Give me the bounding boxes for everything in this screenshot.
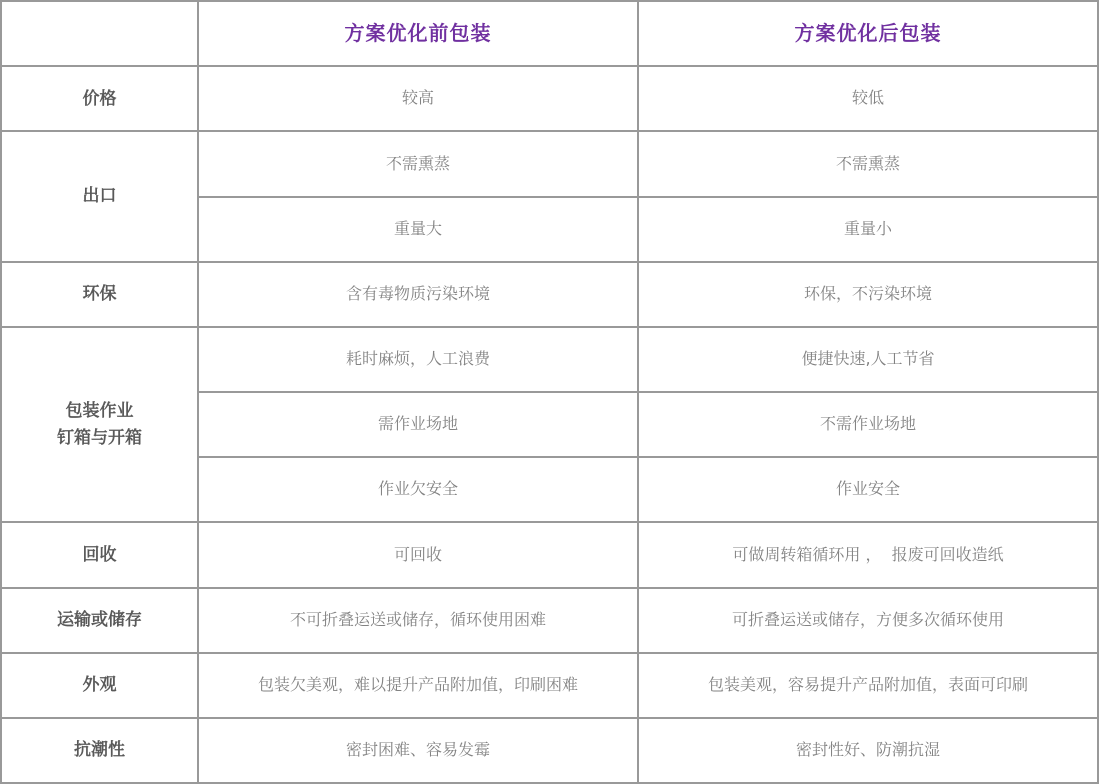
cell-recycling-before: 可回收 [199, 523, 637, 586]
cell-transport-after: 可折叠运送或储存，方便多次循环使用 [639, 589, 1097, 652]
cell-environmental-before: 含有毒物质污染环境 [199, 263, 637, 326]
comparison-table: 方案优化前包装 方案优化后包装 价格 较高 较低 出口 不需熏蒸 不需熏蒸 重量… [0, 0, 1099, 784]
cell-packing-after-safety: 作业安全 [639, 458, 1097, 521]
header-before-optimization: 方案优化前包装 [199, 2, 637, 65]
row-label-export: 出口 [2, 132, 197, 260]
row-label-recycling: 回收 [2, 523, 197, 586]
cell-packing-before-safety: 作业欠安全 [199, 458, 637, 521]
cell-environmental-after: 环保，不污染环境 [639, 263, 1097, 326]
cell-packing-after-time: 便捷快速,人工节省 [639, 328, 1097, 391]
header-after-optimization: 方案优化后包装 [639, 2, 1097, 65]
row-label-transport-storage: 运输或储存 [2, 589, 197, 652]
cell-export-before-fumigation: 不需熏蒸 [199, 132, 637, 195]
cell-price-before: 较高 [199, 67, 637, 130]
row-label-packing-operation: 包装作业 钉箱与开箱 [2, 328, 197, 522]
cell-appearance-after: 包装美观，容易提升产品附加值，表面可印刷 [639, 654, 1097, 717]
cell-export-after-fumigation: 不需熏蒸 [639, 132, 1097, 195]
cell-transport-before: 不可折叠运送或储存，循环使用困难 [199, 589, 637, 652]
cell-export-after-weight: 重量小 [639, 198, 1097, 261]
cell-recycling-after: 可做周转箱循环用 ， 报废可回收造纸 [639, 523, 1097, 586]
cell-moisture-after: 密封性好、防潮抗湿 [639, 719, 1097, 782]
cell-moisture-before: 密封困难、容易发霉 [199, 719, 637, 782]
row-label-appearance: 外观 [2, 654, 197, 717]
row-label-price: 价格 [2, 67, 197, 130]
cell-packing-after-site: 不需作业场地 [639, 393, 1097, 456]
cell-packing-before-time: 耗时麻烦，人工浪费 [199, 328, 637, 391]
cell-packing-before-site: 需作业场地 [199, 393, 637, 456]
cell-price-after: 较低 [639, 67, 1097, 130]
row-label-environmental: 环保 [2, 263, 197, 326]
cell-appearance-before: 包装欠美观，难以提升产品附加值，印刷困难 [199, 654, 637, 717]
cell-export-before-weight: 重量大 [199, 198, 637, 261]
corner-cell [2, 2, 197, 65]
row-label-moisture-resistance: 抗潮性 [2, 719, 197, 782]
